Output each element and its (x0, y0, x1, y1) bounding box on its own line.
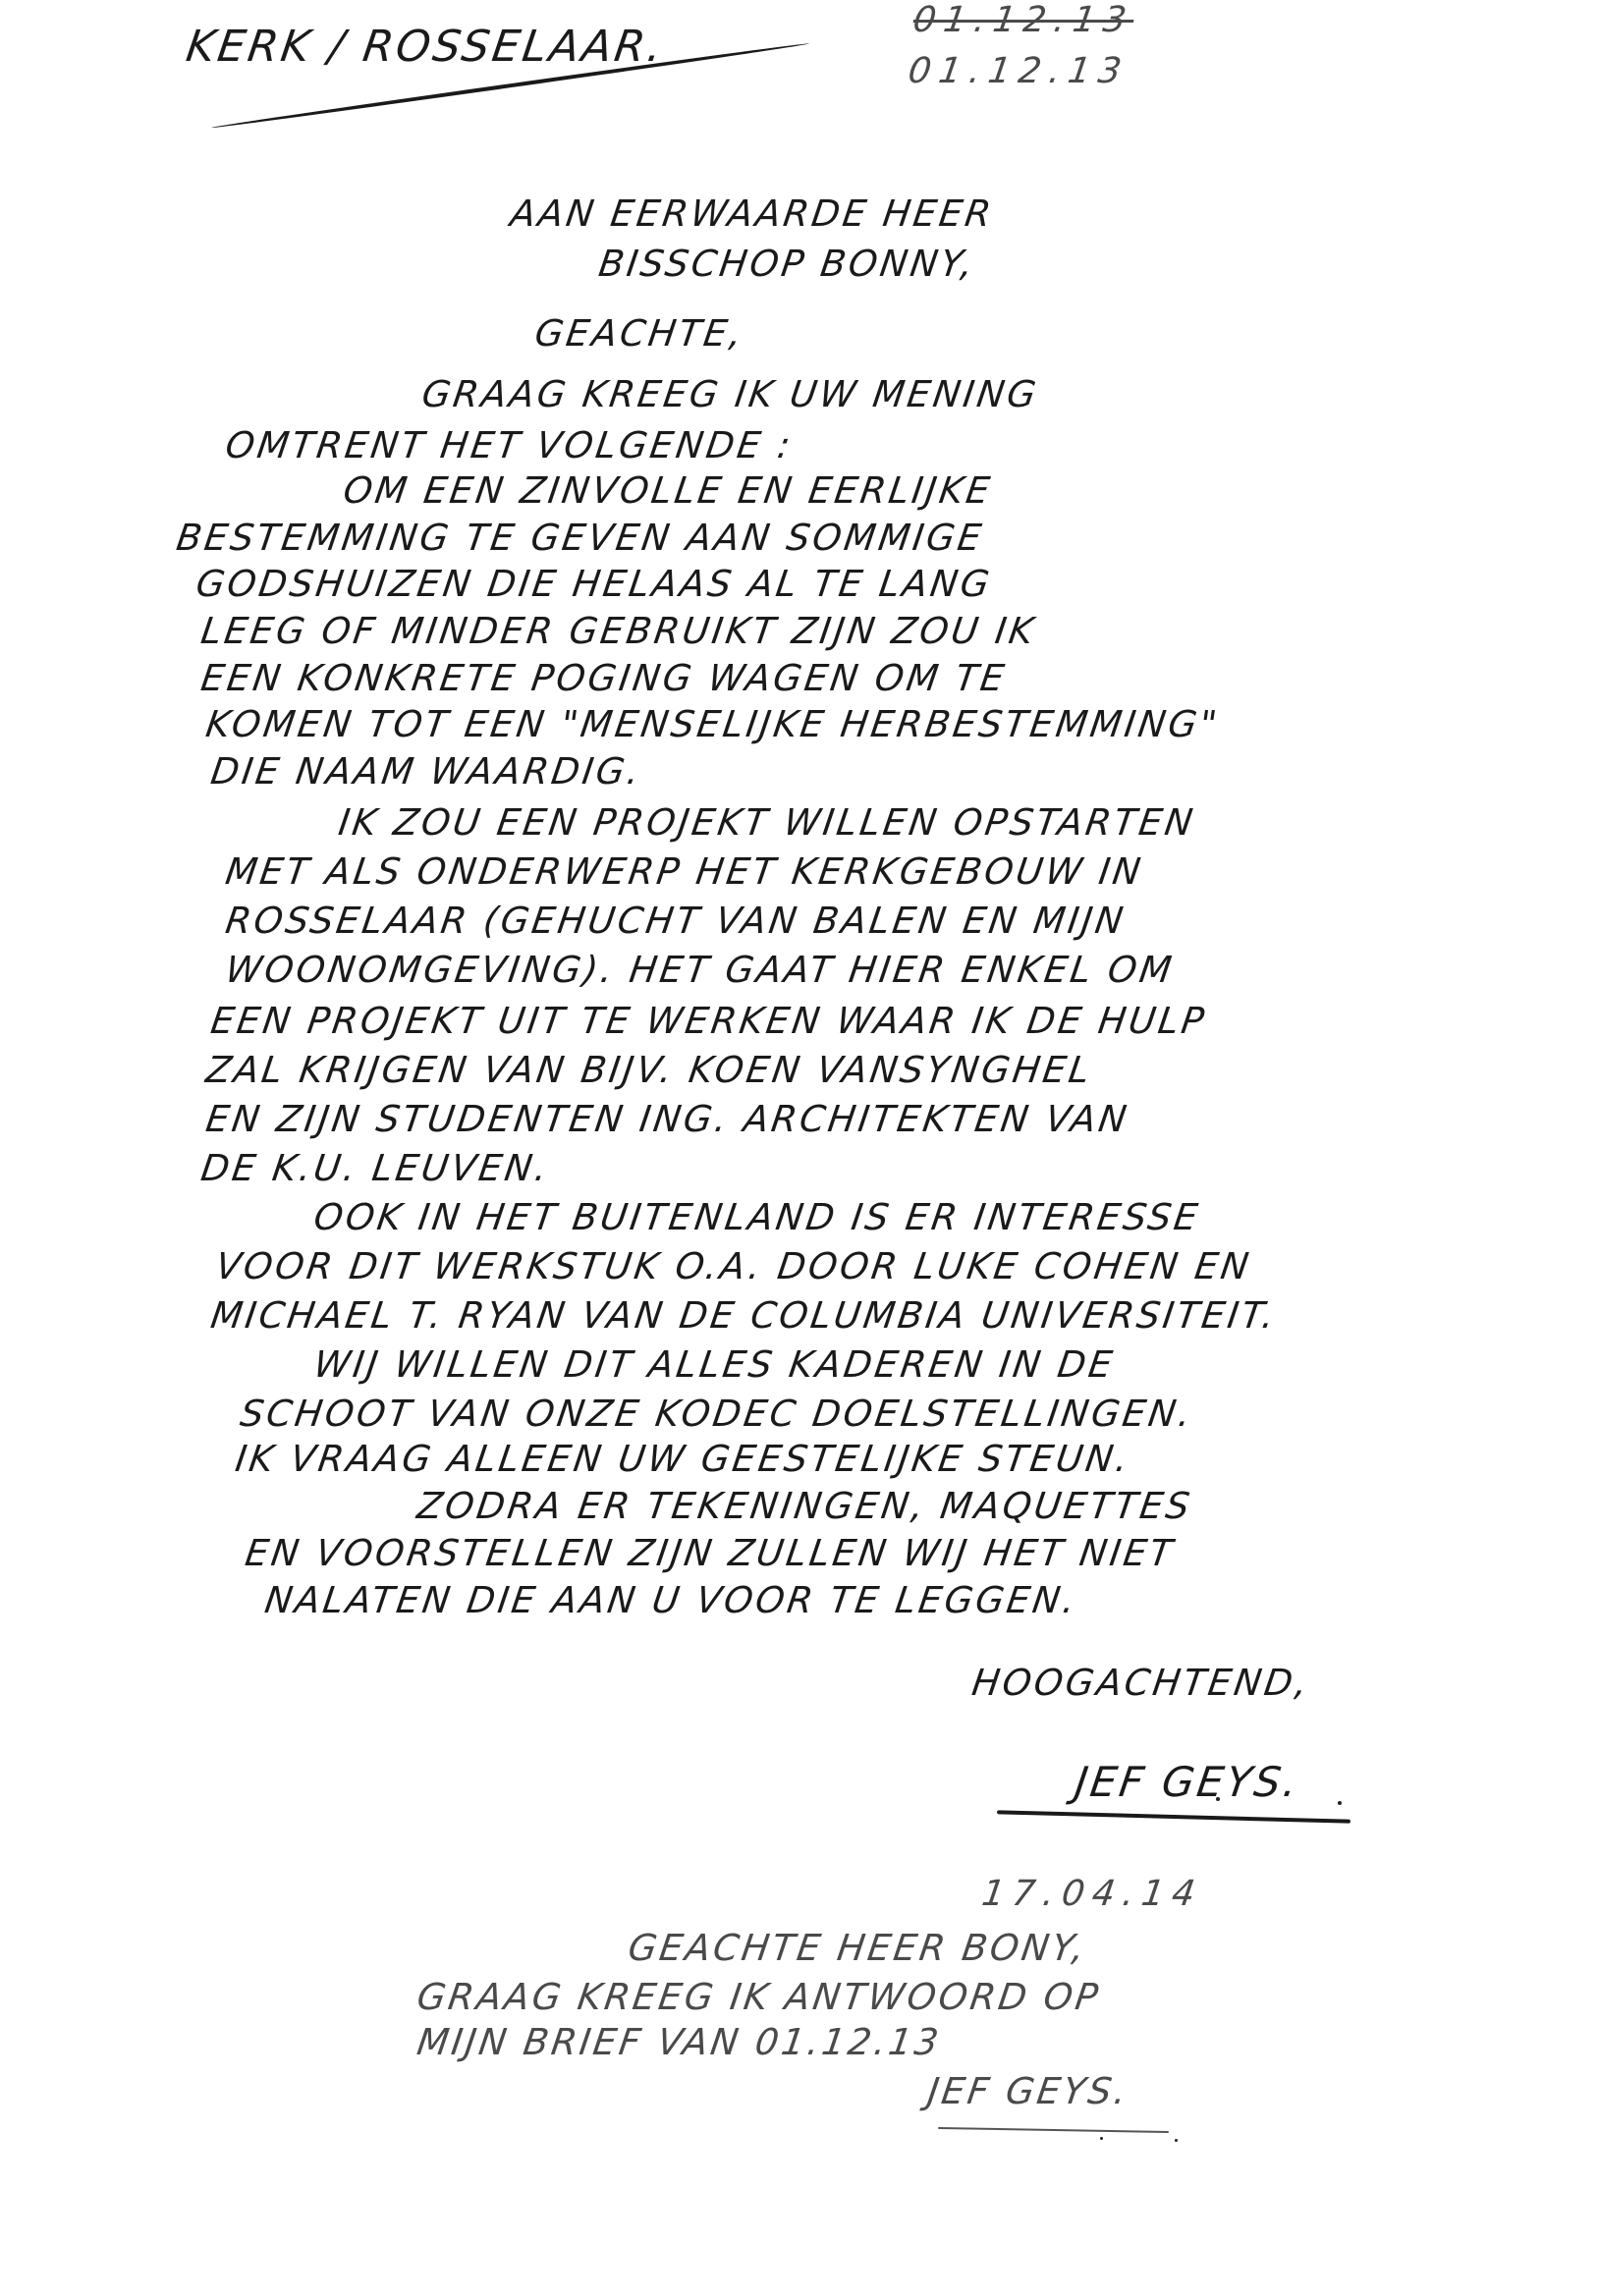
body-line: omtrent het volgende : (223, 424, 796, 466)
body-line: Om een zinvolle en eerlijke (341, 469, 995, 512)
body-line: met als onderwerp het kerkgebouw in (223, 850, 1146, 893)
postscript-line-2: mijn brief van 01.12.13 (414, 2021, 944, 2063)
postscript-signature: Jef Geys. (925, 2070, 1131, 2112)
body-line: komen tot een "menselijke herbestemming" (203, 703, 1222, 745)
ink-dot (1175, 2139, 1178, 2142)
addressee-line-2: Bisschop Bonny, (596, 243, 978, 285)
body-line: Wij willen dit alles kaderen in de (311, 1343, 1118, 1386)
letter-date: 01.12.13 (906, 51, 1131, 91)
body-line: godshuizen die helaas al te lang (193, 563, 995, 605)
body-line: een konkrete poging wagen om te (198, 657, 1010, 699)
body-line: de K.U. Leuven. (198, 1147, 553, 1189)
body-line: Ik vraag alleen uw geestelijke steun. (233, 1438, 1133, 1480)
body-line: zal krijgen van bijv. Koen Vansynghel (203, 1049, 1095, 1091)
postscript-date: 17.04.14 (979, 1874, 1205, 1914)
body-line: woonomgeving). Het gaat hier enkel om (223, 949, 1177, 991)
salutation: Geachte, (532, 312, 747, 355)
body-line: en voorstellen zijn zullen wij het niet (243, 1532, 1178, 1574)
body-line: Ik zou een projekt willen opstarten (336, 801, 1198, 844)
closing-signature: Jef Geys. (1073, 1758, 1303, 1806)
body-line: leeg of minder gebruikt zijn zou ik (198, 610, 1039, 652)
subject-heading: Kerk / Rosselaar. (183, 22, 668, 72)
closing-greeting: Hoogachtend, (969, 1662, 1313, 1704)
body-line: een projekt uit te werken waar ik de hul… (208, 1000, 1209, 1042)
postscript-line-1: Graag kreeg ik antwoord op (414, 1976, 1103, 2018)
body-line: Ook in het buitenland is er interesse (311, 1196, 1203, 1238)
postscript-salutation: Geachte heer Bony, (626, 1927, 1090, 1969)
body-line: schoot van onze KODEC doelstellingen. (238, 1393, 1196, 1435)
body-line: Graag kreeg ik uw mening (419, 373, 1041, 415)
ink-dot (1100, 2137, 1103, 2140)
body-line: nalaten die aan u voor te leggen. (262, 1579, 1080, 1621)
body-line: en zijn studenten ing. architekten van (203, 1098, 1131, 1140)
body-line: voor dit werkstuk o.a. door Luke Cohen e… (213, 1245, 1254, 1287)
date-crossed: 01.12.13 (910, 0, 1136, 40)
ink-dot (1216, 1797, 1220, 1801)
ink-dot (1338, 1801, 1342, 1805)
body-line: Michael T. Ryan van de Columbia Universi… (208, 1294, 1280, 1337)
body-line: die naam waardig. (208, 750, 644, 793)
signature-underline (997, 1810, 1350, 1823)
postscript-underline (938, 2127, 1169, 2133)
body-line: Zodra er tekeningen, maquettes (414, 1485, 1195, 1527)
addressee-line-1: Aan Eerwaarde Heer (508, 192, 997, 235)
letter-page: Kerk / Rosselaar. 01.12.13 01.12.13 Aan … (0, 0, 1598, 2296)
body-line: Rosselaar (gehucht van Balen en mijn (223, 900, 1129, 942)
body-line: bestemming te geven aan sommige (174, 517, 987, 559)
